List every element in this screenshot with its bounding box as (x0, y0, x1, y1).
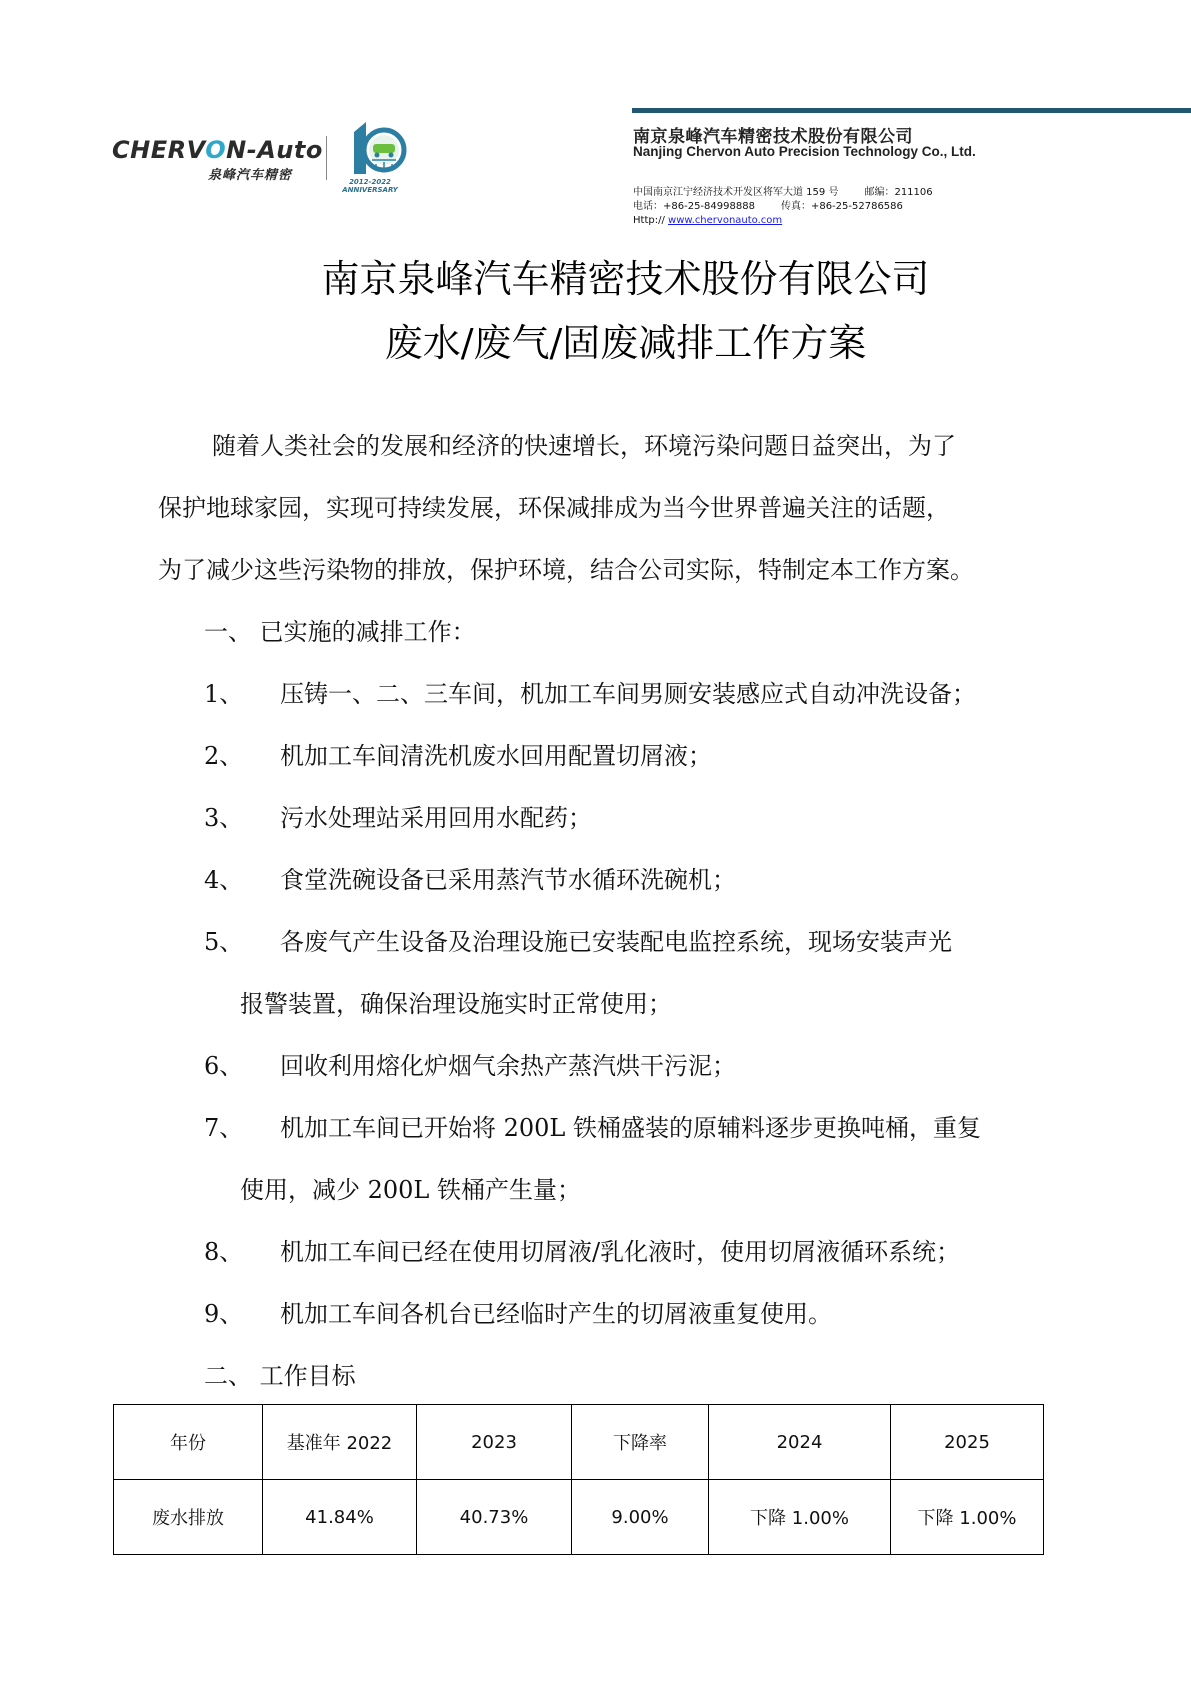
phone-fax-line: 电话：+86-25-84998888传真：+86-25-52786586 (633, 200, 933, 214)
section1-heading: 一、 已实施的减排工作： (204, 612, 476, 647)
table-cell: 9.00% (572, 1480, 709, 1555)
table-header-cell: 年份 (114, 1405, 263, 1480)
intro-line-3: 为了减少这些污染物的排放，保护环境，结合公司实际，特制定本工作方案。 (158, 550, 974, 585)
intro-line-1: 随着人类社会的发展和经济的快速增长，环境污染问题日益突出，为了 (212, 426, 956, 461)
table-cell: 下降 1.00% (709, 1480, 891, 1555)
company-name-en: Nanjing Chervon Auto Precision Technolog… (633, 144, 976, 159)
anniversary-years: 2012-2022ANNIVERSARY (340, 178, 400, 194)
intro-line-2: 保护地球家园，实现可持续发展，环保减排成为当今世界普遍关注的话题， (158, 488, 950, 523)
company-logo: CHERVON-Auto 泉峰汽车精密 2012-2022ANNIVERSARY (112, 118, 412, 198)
table-header-cell: 2025 (891, 1405, 1044, 1480)
company-contact-info: 中国南京江宁经济技术开发区将军大道 159 号邮编：211106 电话：+86-… (633, 186, 933, 228)
table-cell: 废水排放 (114, 1480, 263, 1555)
table-header-cell: 2024 (709, 1405, 891, 1480)
table-cell: 下降 1.00% (891, 1480, 1044, 1555)
table-cell: 40.73% (417, 1480, 572, 1555)
website-link[interactable]: www.chervonauto.com (668, 215, 782, 226)
document-title-line1: 南京泉峰汽车精密技术股份有限公司 (0, 248, 1191, 303)
logo-divider (326, 136, 327, 180)
letterhead-accent-bar (632, 108, 1191, 113)
section2-heading: 二、 工作目标 (204, 1356, 356, 1391)
table-header-cell: 下降率 (572, 1405, 709, 1480)
logo-brand-en: CHERVON-Auto (112, 136, 323, 164)
table-header-cell: 2023 (417, 1405, 572, 1480)
table-header-row: 年份 基准年 2022 2023 下降率 2024 2025 (114, 1405, 1044, 1480)
table-row: 废水排放 41.84% 40.73% 9.00% 下降 1.00% 下降 1.0… (114, 1480, 1044, 1555)
table-cell: 41.84% (263, 1480, 417, 1555)
address-line: 中国南京江宁经济技术开发区将军大道 159 号邮编：211106 (633, 186, 933, 200)
targets-table: 年份 基准年 2022 2023 下降率 2024 2025 废水排放 41.8… (113, 1404, 1044, 1555)
document-title-line2: 废水/废气/固废减排工作方案 (0, 312, 1191, 367)
website-line: Http:// www.chervonauto.com (633, 214, 933, 228)
table-header-cell: 基准年 2022 (263, 1405, 417, 1480)
logo-brand-cn: 泉峰汽车精密 (208, 164, 292, 183)
